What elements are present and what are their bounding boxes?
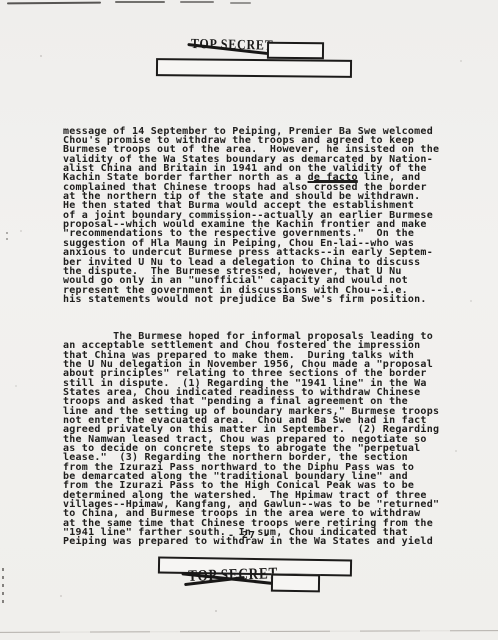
scan-artifact-line	[7, 2, 101, 5]
scan-speckles	[40, 55, 42, 57]
top-secret-stamp-bottom: TOP SECRET	[188, 565, 278, 586]
document-body: message of 14 September to Peiping, Prem…	[63, 108, 463, 566]
paragraph-1-text: the border at the northern tip of the st…	[63, 182, 433, 305]
paragraph-2-text: The Burmese hoped for informal proposals…	[63, 331, 439, 548]
scan-artifact-line	[115, 1, 165, 3]
redaction-box-top	[156, 58, 352, 78]
top-secret-stamp-top: TOP SECRET	[191, 37, 274, 55]
declass-stamp-box-top	[267, 42, 324, 60]
paragraph-1: message of 14 September to Peiping, Prem…	[63, 127, 463, 305]
scan-artifact-bottom-line	[0, 630, 498, 633]
page-number: - 27 -	[0, 530, 498, 541]
declass-stamp-box-bottom	[271, 574, 320, 593]
scanned-document-page: TOP SECRET message of 14 September to Pe…	[0, 0, 498, 640]
scan-artifact-line	[180, 1, 214, 3]
scan-artifact-margin-dots	[6, 232, 8, 242]
scan-artifact-line	[230, 2, 251, 4]
scan-artifact-margin-dots	[2, 568, 4, 604]
paragraph-2: The Burmese hoped for informal proposals…	[63, 332, 463, 547]
